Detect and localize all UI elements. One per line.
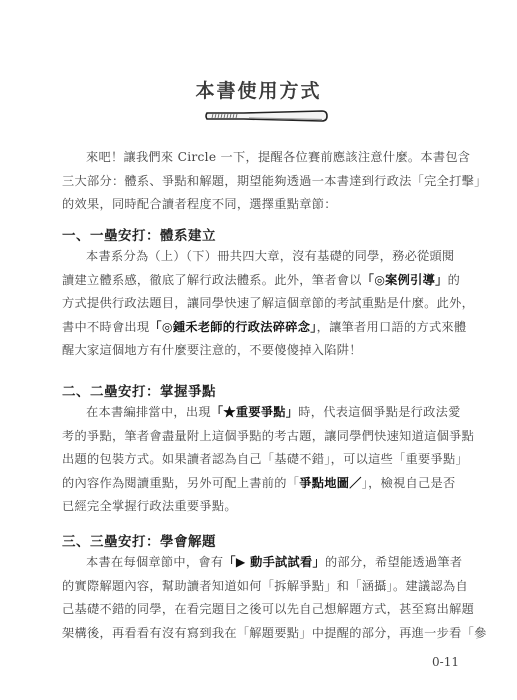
emphasis-key-issue: 「★重要爭點」 <box>211 405 298 419</box>
section-3-paragraph: 本書在每個章節中，會有「▶ 動手試試看」的部分，希望能透過筆者 的實際解題內容，… <box>62 551 462 645</box>
page-title: 本書使用方式 <box>0 76 517 103</box>
text: 架構後，再看看有沒有寫到我在「解題要點」中提醒的部分，再進一步看「參 <box>62 626 487 640</box>
text: 本書在每個章節中，會有 <box>86 555 223 569</box>
baseball-bat-icon <box>204 108 328 124</box>
section-1-paragraph: 本書系分為（上）（下）冊共四大章，沒有基礎的同學，務必從頭閱 讀建立體系感，徹底… <box>62 245 462 363</box>
intro-paragraph: 來吧！讓我們來 Circle 一下，提醒各位賽前應該注意什麼。本書包含 三大部分… <box>62 146 462 217</box>
emphasis-issue-map: 爭點地圖／ <box>299 476 361 490</box>
page-number: 0-11 <box>432 655 459 669</box>
emphasis-teacher-notes: 「◎鍾禾老師的行政法碎碎念」 <box>149 320 316 334</box>
text: 已經完全掌握行政法重要爭點。 <box>62 499 237 513</box>
emphasis-try-it: 「▶ 動手試試看」 <box>223 555 325 569</box>
section-heading-3: 三、三壘安打：學會解題 <box>62 530 216 550</box>
section-heading-1: 一、一壘安打：體系建立 <box>62 224 216 244</box>
section-2-paragraph: 在本書編排當中，出現「★重要爭點」時，代表這個爭點是行政法愛 考的爭點，筆者會盡… <box>62 401 462 519</box>
text: 的 <box>448 273 461 287</box>
intro-line: 的效果，同時配合讀者程度不同，選擇重點章節： <box>62 193 462 217</box>
text: 在本書編排當中，出現 <box>86 405 211 419</box>
text: 本書系分為（上）（下）冊共四大章，沒有基礎的同學，務必從頭閱 <box>86 249 455 263</box>
text: 的實際解題內容，幫助讀者知道如何「拆解爭點」和「涵攝」。建議認為自 <box>62 579 468 593</box>
text: 方式提供行政法題目，讓同學快速了解這個章節的考試重點是什麼。此外， <box>62 296 474 310</box>
emphasis-case-guide: 「◎案例引導」 <box>362 273 448 287</box>
text: 己基礎不錯的同學，在看完題目之後可以先自己想解題方式，甚至寫出解題 <box>62 602 474 616</box>
intro-line: 三大部分：體系、爭點和解題，期望能夠透過一本書達到行政法「完全打擊」 <box>62 170 462 194</box>
text: 的內容作為閱讀重點，另外可配上書前的「 <box>62 476 299 490</box>
text: 的部分，希望能透過筆者 <box>325 555 462 569</box>
text: 出題的包裝方式。如果讀者認為自己「基礎不錯」，可以這些「重要爭點」 <box>62 452 468 466</box>
text: ，讓筆者用口語的方式來體 <box>317 320 467 334</box>
intro-line: 來吧！讓我們來 Circle 一下，提醒各位賽前應該注意什麼。本書包含 <box>62 146 462 170</box>
text: 讀建立體系感，徹底了解行政法體系。此外，筆者會以 <box>62 273 362 287</box>
text: 」，檢視自己是否 <box>362 476 456 490</box>
text: 醒大家這個地方有什麼要注意的，不要傻傻掉入陷阱！ <box>62 343 362 357</box>
section-heading-2: 二、二壘安打：掌握爭點 <box>62 380 216 400</box>
text: 時，代表這個爭點是行政法愛 <box>298 405 460 419</box>
text: 考的爭點，筆者會盡量附上這個爭點的考古題，讓同學們快速知道這個爭點 <box>62 429 474 443</box>
text: 書中不時會出現 <box>62 320 149 334</box>
